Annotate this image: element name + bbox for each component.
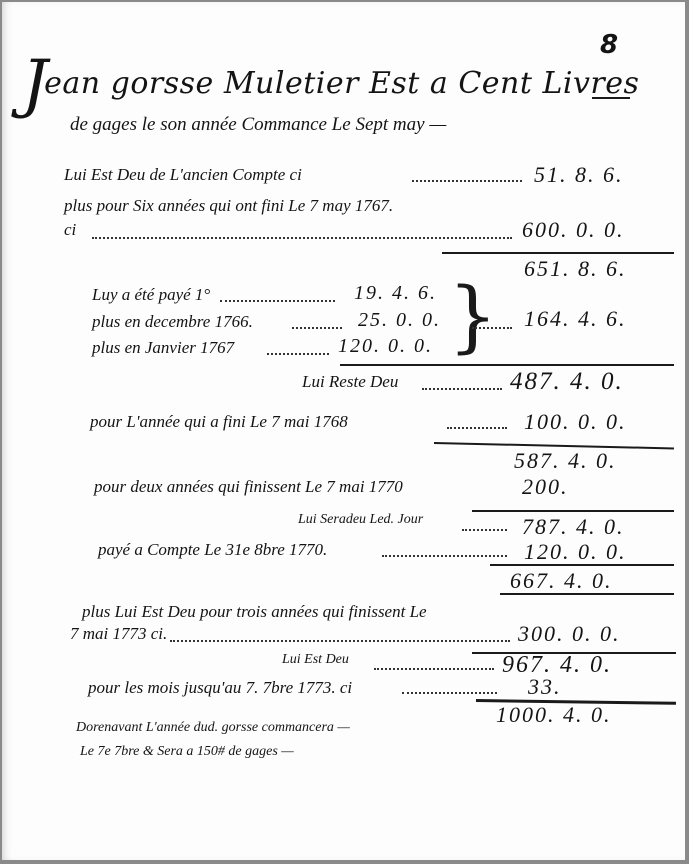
entry-text: pour les mois jusqu'au 7. 7bre 1773. ci: [88, 678, 352, 698]
payment-amount: 25. 0. 0.: [358, 309, 441, 332]
payments-total: 164. 4. 6.: [524, 306, 627, 332]
payment-text: plus en Janvier 1767: [92, 338, 234, 358]
dotted-leader: [472, 327, 512, 329]
ledger-title: Jean gorsse Muletier Est a Cent Livres: [22, 52, 639, 116]
subtotal-amount: 667. 4. 0.: [510, 568, 613, 594]
dotted-leader: [170, 640, 510, 642]
entry-text: payé a Compte Le 31e 8bre 1770.: [98, 540, 327, 560]
payment-text: plus en decembre 1766.: [92, 312, 253, 332]
dotted-leader: [220, 300, 335, 302]
sum-rule: [442, 252, 674, 254]
dotted-leader: [382, 555, 507, 557]
entry-text-cont: ci: [64, 220, 76, 240]
ledger-subtitle: de gages le son année Commance Le Sept m…: [70, 114, 446, 136]
entry-amount: 600. 0. 0.: [522, 217, 625, 243]
payment-text: Luy a été payé 1°: [92, 285, 210, 305]
entry-amount: 33.: [528, 674, 562, 700]
grand-total: 1000. 4. 0.: [496, 702, 612, 728]
balance-amount: 487. 4. 0.: [510, 368, 624, 396]
ledger-page: 8 Jean gorsse Muletier Est a Cent Livres…: [2, 2, 685, 860]
dotted-leader: [462, 529, 507, 531]
entry-amount: 51. 8. 6.: [534, 162, 624, 188]
entry-text: plus Lui Est Deu pour trois années qui f…: [82, 602, 427, 622]
dotted-leader: [92, 237, 512, 239]
entry-text: Lui Est Deu de L'ancien Compte ci: [64, 165, 302, 185]
dotted-leader: [422, 388, 502, 390]
entry-amount: 120. 0. 0.: [524, 539, 627, 565]
entry-amount: 300. 0. 0.: [518, 621, 621, 647]
dotted-leader: [447, 427, 507, 429]
sum-rule: [490, 564, 674, 566]
entry-amount: 100. 0. 0.: [524, 409, 627, 435]
sum-rule: [472, 510, 674, 512]
subtotal-amount: 651. 8. 6.: [524, 256, 627, 282]
brace-symbol: }: [448, 278, 498, 356]
dotted-leader: [374, 668, 494, 670]
entry-text: plus pour Six années qui ont fini Le 7 m…: [64, 196, 393, 216]
balance-amount: 787. 4. 0.: [522, 514, 625, 540]
entry-text: pour deux années qui finissent Le 7 mai …: [94, 477, 403, 497]
title-dash: [592, 97, 630, 99]
sum-rule: [500, 593, 674, 595]
payment-amount: 120. 0. 0.: [338, 335, 433, 358]
payment-amount: 19. 4. 6.: [354, 282, 437, 305]
entry-amount: 200.: [522, 474, 569, 500]
balance-label: Lui Reste Deu: [302, 372, 398, 392]
dotted-leader: [267, 353, 329, 355]
dotted-leader: [412, 180, 522, 182]
entry-text-cont: 7 mai 1773 ci.: [70, 624, 167, 644]
dotted-leader: [402, 692, 497, 694]
footer-note-line2: Le 7e 7bre & Sera a 150# de gages —: [80, 744, 294, 760]
subtotal-amount: 587. 4. 0.: [514, 448, 617, 474]
sum-rule: [340, 364, 674, 366]
title-text: ean gorsse Muletier Est a Cent Livres: [44, 66, 639, 101]
footer-note-line1: Dorenavant L'année dud. gorsse commancer…: [76, 720, 350, 736]
balance-label: Lui Est Deu: [282, 652, 349, 668]
balance-label: Lui Seradeu Led. Jour: [298, 512, 423, 528]
entry-text: pour L'année qui a fini Le 7 mai 1768: [90, 412, 348, 432]
dotted-leader: [292, 327, 342, 329]
